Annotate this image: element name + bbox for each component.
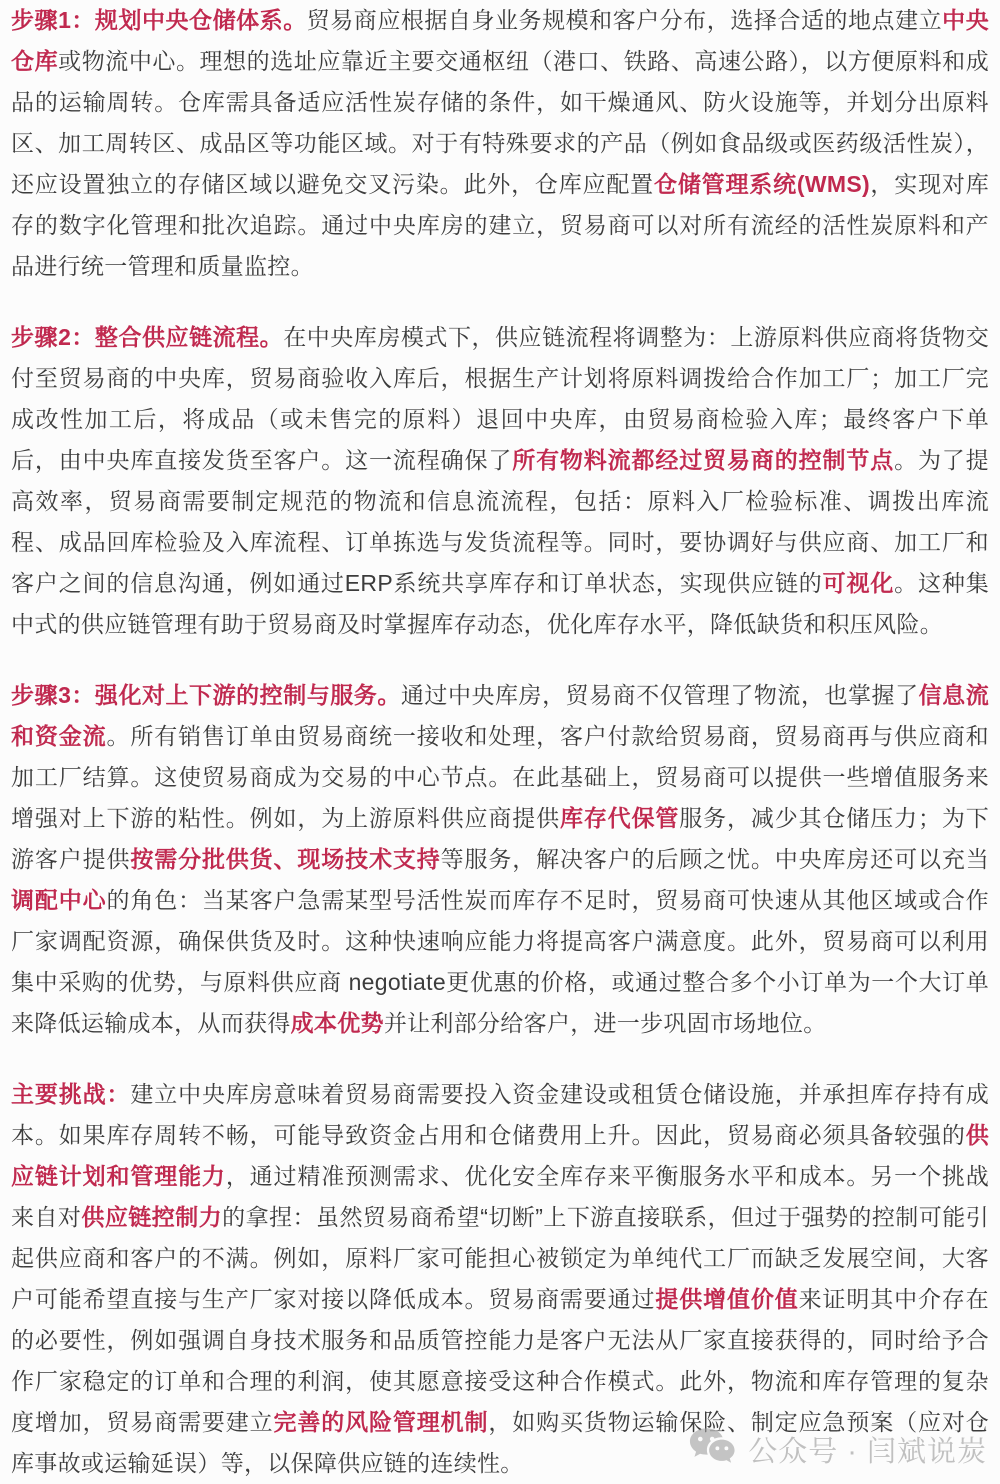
highlighted-text: 可视化 — [823, 570, 895, 596]
paragraph-step-1: 步骤1：规划中央仓储体系。贸易商应根据自身业务规模和客户分布，选择合适的地点建立… — [11, 0, 989, 287]
highlighted-text: 步骤1：规划中央仓储体系。 — [11, 7, 307, 33]
body-text: 贸易商应根据自身业务规模和客户分布，选择合适的地点建立 — [307, 7, 942, 33]
body-text: 建立中央库房意味着贸易商需要投入资金建设或租赁仓储设施，并承担库存持有成本。如果… — [11, 1081, 989, 1148]
highlighted-text: 提供增值价值 — [655, 1286, 798, 1312]
highlighted-text: 按需分批供货、现场技术支持 — [130, 846, 440, 872]
highlighted-text: 成本优势 — [291, 1010, 384, 1036]
highlighted-text: 主要挑战： — [11, 1081, 130, 1107]
highlighted-text: 所有物料流都经过贸易商的控制节点 — [512, 447, 894, 473]
highlighted-text: 步骤2：整合供应链流程。 — [11, 324, 283, 350]
highlighted-text: 步骤3：强化对上下游的控制与服务。 — [11, 682, 401, 708]
article-page: 步骤1：规划中央仓储体系。贸易商应根据自身业务规模和客户分布，选择合适的地点建立… — [0, 0, 1000, 1484]
paragraph-step-2: 步骤2：整合供应链流程。在中央库房模式下，供应链流程将调整为：上游原料供应商将货… — [11, 317, 989, 645]
highlighted-text: 调配中心 — [11, 887, 106, 913]
paragraph-step-3: 步骤3：强化对上下游的控制与服务。通过中央库房，贸易商不仅管理了物流，也掌握了信… — [11, 675, 989, 1044]
article-body: 步骤1：规划中央仓储体系。贸易商应根据自身业务规模和客户分布，选择合适的地点建立… — [11, 0, 989, 1484]
highlighted-text: 供应链控制力 — [81, 1204, 222, 1230]
highlighted-text: 完善的风险管理机制 — [274, 1409, 489, 1435]
body-text: 并让利部分给客户，进一步巩固市场地位。 — [384, 1010, 827, 1036]
highlighted-text: 仓储管理系统(WMS) — [654, 171, 870, 197]
body-text: 通过中央库房，贸易商不仅管理了物流，也掌握了 — [401, 682, 919, 708]
body-text: 等服务，解决客户的后顾之忧。中央库房还可以充当 — [441, 846, 989, 872]
paragraph-main-challenge: 主要挑战：建立中央库房意味着贸易商需要投入资金建设或租赁仓储设施，并承担库存持有… — [11, 1074, 989, 1484]
highlighted-text: 库存代保管 — [560, 805, 679, 831]
